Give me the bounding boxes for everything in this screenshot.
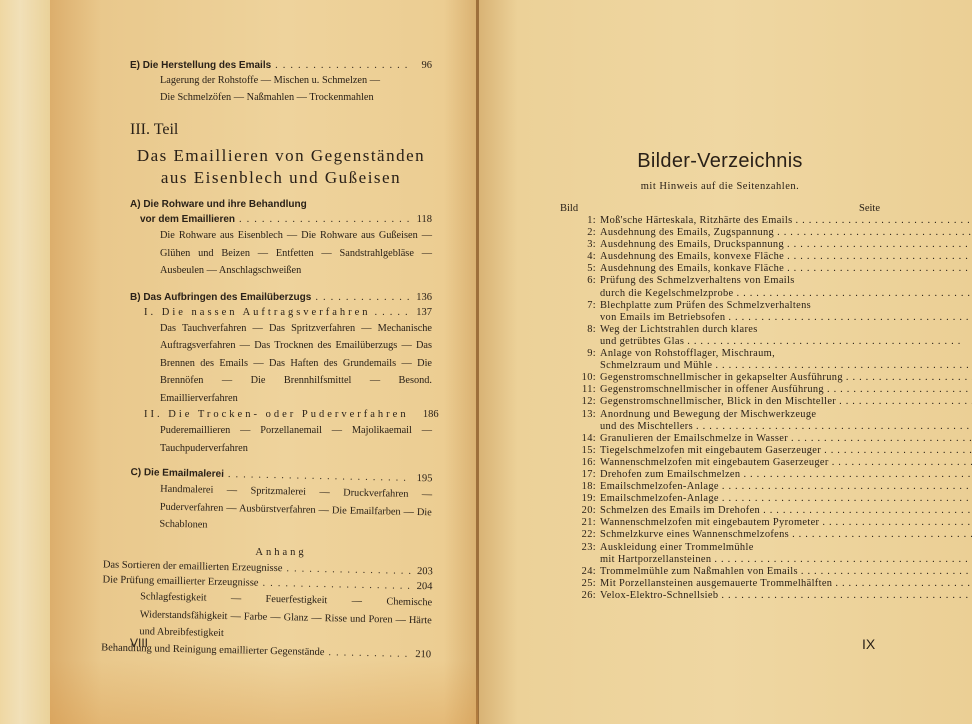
toc-details: Lagerung der Rohstoffe — Mischen u. Schm… [130, 73, 432, 90]
figure-number: 26: [560, 590, 600, 602]
table-of-contents: E) Die Herstellung des Emails ..........… [130, 58, 432, 655]
toc-details: Die Schmelzöfen — Naßmahlen — Trockenmah… [130, 90, 432, 107]
figure-number: 1: [560, 215, 600, 227]
book-edge [0, 0, 50, 724]
figure-entry: 20:Schmelzen des Emails im Drehofen.....… [560, 505, 880, 517]
figure-number: 23: [560, 542, 600, 566]
part-heading: III. Teil [130, 119, 432, 141]
column-headers: Bild Seite [560, 202, 880, 215]
figure-caption: Ausdehnung des Emails, Zugspannung [600, 227, 774, 239]
figure-list: 1:Moß'sche Härteskala, Ritzhärte des Ema… [560, 215, 880, 602]
figure-entry: 18:Emailschmelzofen-Anlage..............… [560, 481, 880, 493]
figure-entry: 17:Drehofen zum Emailschmelzen..........… [560, 469, 880, 481]
figure-caption: mit Hartporzellansteinen [600, 554, 711, 566]
toc-details: Puderemaillieren — Porzellanemail — Majo… [130, 422, 432, 457]
figure-caption: Gegenstromschnellmischer in offener Ausf… [600, 384, 824, 396]
figure-entry: 1:Moß'sche Härteskala, Ritzhärte des Ema… [560, 215, 880, 227]
figure-caption: Granulieren der Emailschmelze in Wasser [600, 433, 788, 445]
figure-number: 14: [560, 433, 600, 445]
figure-caption: Ausdehnung des Emails, Druckspannung [600, 239, 784, 251]
figure-number: 11: [560, 384, 600, 396]
appendix-entries: Das Sortieren der emaillierten Erzeugnis… [129, 558, 433, 662]
figure-caption: Wannenschmelzofen mit eingebautem Pyrome… [600, 517, 819, 529]
figure-number: 4: [560, 251, 600, 263]
figure-caption: und getrübtes Glas [600, 336, 684, 348]
figure-number: 16: [560, 457, 600, 469]
toc-entry-a: A) Die Rohware und ihre Behandlung vor d… [130, 197, 432, 280]
figure-caption: Wannenschmelzofen mit eingebautem Gaserz… [600, 457, 829, 469]
figure-caption: durch die Kegelschmelzprobe [600, 288, 734, 300]
figure-number: 15: [560, 445, 600, 457]
figure-number: 13: [560, 409, 600, 433]
figure-entry: 3:Ausdehnung des Emails, Druckspannung..… [560, 239, 880, 251]
figure-entry: 24:Trommelmühle zum Naßmahlen von Emails… [560, 566, 880, 578]
appendix-heading: Anhang [130, 547, 432, 558]
figure-caption: Moß'sche Härteskala, Ritzhärte des Email… [600, 215, 793, 227]
figure-caption: Auskleidung einer Trommelmühle [600, 542, 754, 554]
figure-entry: 13:Anordnung und Bewegung der Mischwerkz… [560, 409, 880, 433]
figure-caption: Ausdehnung des Emails, konkave Fläche [600, 263, 784, 275]
figure-number: 25: [560, 578, 600, 590]
figure-entry: 12:Gegenstromschnellmischer, Blick in de… [560, 396, 880, 408]
figure-caption: Gegenstromschnellmischer, Blick in den M… [600, 396, 836, 408]
page-stain [50, 660, 478, 724]
toc-details: Das Tauchverfahren — Das Spritzverfahren… [130, 320, 432, 408]
toc-entry-c: C) Die Emailmalerei ....................… [129, 465, 432, 539]
figure-entry: 9:Anlage von Rohstofflager, Mischraum,Sc… [560, 348, 880, 372]
figure-caption: Schmelzkurve eines Wannenschmelzofens [600, 529, 789, 541]
figure-index: Bilder-Verzeichnis mit Hinweis auf die S… [560, 150, 880, 602]
figure-caption: Schmelzen des Emails im Drehofen [600, 505, 760, 517]
figure-entry: 19:Emailschmelzofen-Anlage..............… [560, 493, 880, 505]
figure-entry: 23:Auskleidung einer Trommelmühlemit Har… [560, 542, 880, 566]
page-number-left: VIII [130, 636, 148, 650]
part-title: Das Emaillieren von Gegenständen [130, 145, 432, 167]
page-title: Bilder-Verzeichnis [560, 150, 880, 173]
figure-number: 18: [560, 481, 600, 493]
figure-caption: Gegenstromschnellmischer in gekapselter … [600, 372, 843, 384]
figure-entry: 4:Ausdehnung des Emails, konvexe Fläche.… [560, 251, 880, 263]
figure-number: 12: [560, 396, 600, 408]
figure-entry: 15:Tiegelschmelzofen mit eingebautem Gas… [560, 445, 880, 457]
figure-caption: Tiegelschmelzofen mit eingebautem Gaserz… [600, 445, 821, 457]
figure-entry: 7:Blechplatte zum Prüfen des Schmelzverh… [560, 300, 880, 324]
figure-caption: Trommelmühle zum Naßmahlen von Emails [600, 566, 798, 578]
figure-entry: 21:Wannenschmelzofen mit eingebautem Pyr… [560, 517, 880, 529]
figure-number: 6: [560, 275, 600, 299]
part-title: aus Eisenblech und Gußeisen [130, 167, 432, 189]
toc-details: Die Rohware aus Eisenblech — Die Rohware… [130, 227, 432, 280]
figure-entry: 2:Ausdehnung des Emails, Zugspannung....… [560, 227, 880, 239]
figure-caption: Schmelzraum und Mühle [600, 360, 712, 372]
toc-entry-b: B) Das Aufbringen des Emailüberzugs ....… [130, 290, 432, 458]
figure-entry: 8:Weg der Lichtstrahlen durch klaresund … [560, 324, 880, 348]
page-number-right: IX [862, 636, 875, 652]
figure-caption: Anordnung und Bewegung der Mischwerkzeug… [600, 409, 816, 421]
figure-caption: Velox-Elektro-Schnellsieb [600, 590, 718, 602]
toc-details: Schlagfestigkeit — Feuerfestigkeit — Che… [129, 588, 432, 647]
figure-entry: 16:Wannenschmelzofen mit eingebautem Gas… [560, 457, 880, 469]
book-gutter [476, 0, 479, 724]
figure-number: 8: [560, 324, 600, 348]
figure-entry: 25:Mit Porzellansteinen ausgemauerte Tro… [560, 578, 880, 590]
page-subtitle: mit Hinweis auf die Seitenzahlen. [560, 181, 880, 192]
figure-caption: Weg der Lichtstrahlen durch klares [600, 324, 758, 336]
figure-caption: und des Mischtellers [600, 421, 693, 433]
figure-caption: Mit Porzellansteinen ausgemauerte Tromme… [600, 578, 832, 590]
figure-entry: 26:Velox-Elektro-Schnellsieb............… [560, 590, 880, 602]
figure-caption: Drehofen zum Emailschmelzen [600, 469, 740, 481]
figure-number: 7: [560, 300, 600, 324]
figure-number: 24: [560, 566, 600, 578]
figure-entry: 22:Schmelzkurve eines Wannenschmelzofens… [560, 529, 880, 541]
figure-caption: Ausdehnung des Emails, konvexe Fläche [600, 251, 784, 263]
figure-number: 10: [560, 372, 600, 384]
figure-caption: von Emails im Betriebsofen [600, 312, 725, 324]
figure-number: 19: [560, 493, 600, 505]
toc-details: Handmalerei — Spritzmalerei — Druckverfa… [129, 480, 432, 539]
figure-entry: 6:Prüfung des Schmelzverhaltens von Emai… [560, 275, 880, 299]
figure-caption: Blechplatte zum Prüfen des Schmelzverhal… [600, 300, 811, 312]
figure-number: 21: [560, 517, 600, 529]
figure-number: 9: [560, 348, 600, 372]
figure-number: 22: [560, 529, 600, 541]
figure-page: 26 [967, 336, 972, 348]
figure-number: 20: [560, 505, 600, 517]
figure-number: 2: [560, 227, 600, 239]
figure-number: 3: [560, 239, 600, 251]
figure-number: 5: [560, 263, 600, 275]
figure-entry: 5:Ausdehnung des Emails, konkave Fläche.… [560, 263, 880, 275]
figure-caption: Anlage von Rohstofflager, Mischraum, [600, 348, 775, 360]
figure-caption: Prüfung des Schmelzverhaltens von Emails [600, 275, 795, 287]
figure-caption: Emailschmelzofen-Anlage [600, 481, 719, 493]
figure-entry: 10:Gegenstromschnellmischer in gekapselt… [560, 372, 880, 384]
figure-entry: 11:Gegenstromschnellmischer in offener A… [560, 384, 880, 396]
figure-caption: Emailschmelzofen-Anlage [600, 493, 719, 505]
toc-entry-e: E) Die Herstellung des Emails ..........… [130, 58, 432, 73]
figure-entry: 14:Granulieren der Emailschmelze in Wass… [560, 433, 880, 445]
figure-number: 17: [560, 469, 600, 481]
